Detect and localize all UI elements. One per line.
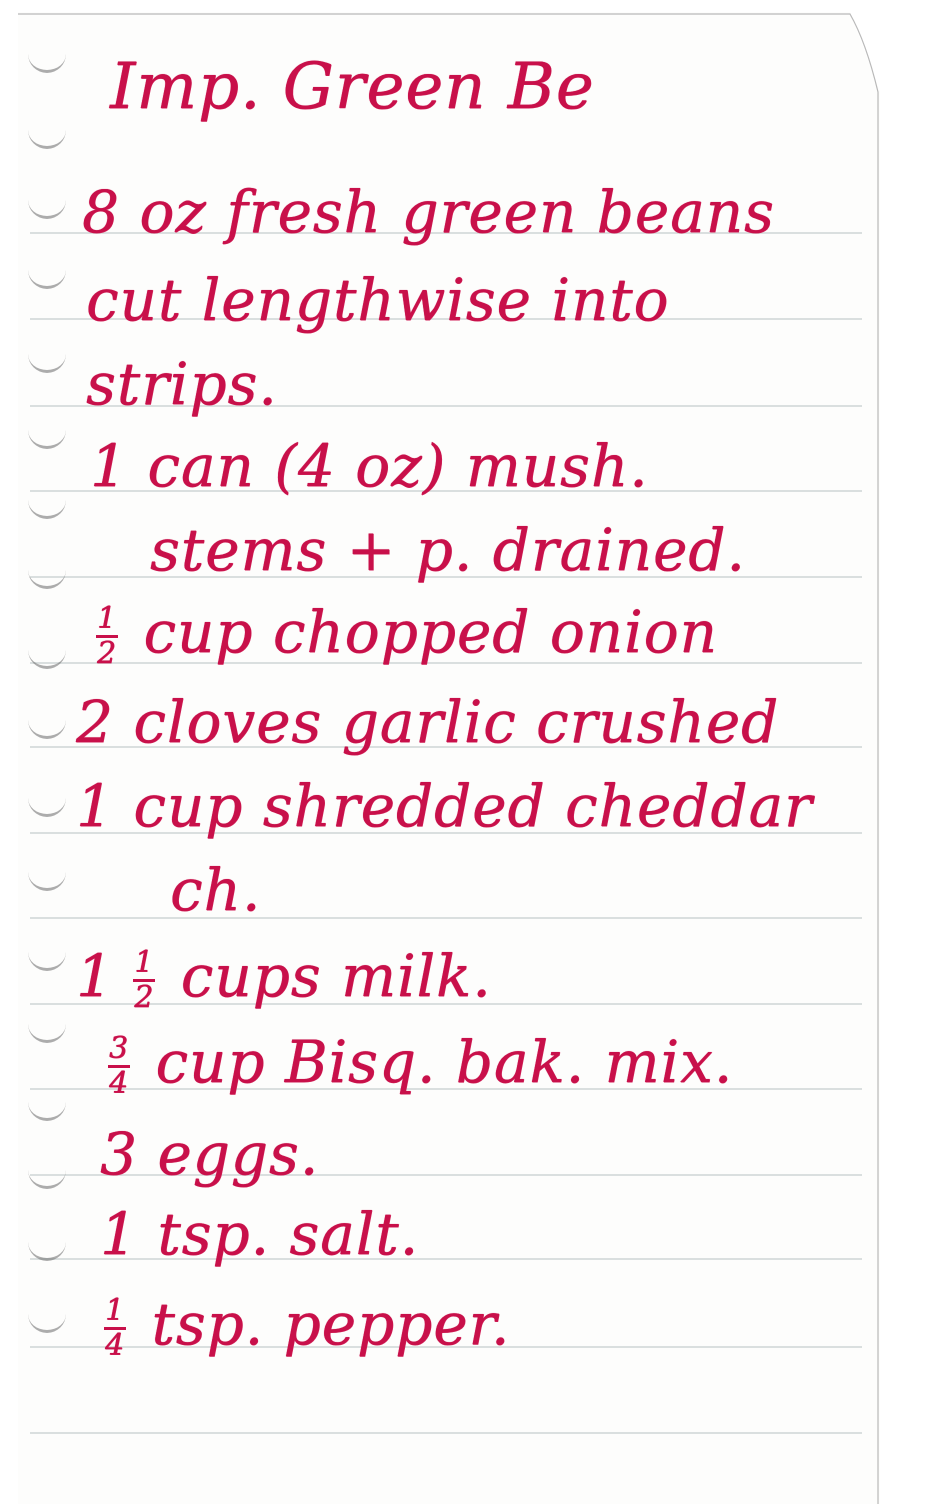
ingredient-text: cloves garlic crushed — [133, 688, 779, 756]
ruled-line — [30, 1432, 862, 1434]
ingredient-line: 1 cup shredded cheddar — [76, 772, 813, 840]
ingredient-line: 1 can (4 oz) mush. — [90, 432, 649, 500]
ingredient-text: cut lengthwise into — [86, 266, 669, 334]
ingredient-qty: 8 oz — [82, 178, 207, 246]
ingredient-qty: 1 — [100, 1200, 138, 1268]
ingredient-text: cups milk. — [181, 942, 492, 1010]
ingredient-text: tsp. pepper. — [151, 1290, 510, 1358]
ingredient-qty-whole: 1 — [76, 942, 114, 1010]
ingredient-text: eggs. — [157, 1120, 319, 1188]
fraction: 1 4 — [104, 1297, 126, 1360]
ingredient-line: ch. — [170, 856, 261, 924]
ingredient-line: 1 4 tsp. pepper. — [104, 1290, 510, 1360]
ingredient-line: cut lengthwise into — [86, 266, 669, 334]
ingredient-line: 1 tsp. salt. — [100, 1200, 419, 1268]
ingredient-text: strips. — [86, 350, 278, 418]
ingredient-line: 3 4 cup Bisq. bak. mix. — [108, 1028, 733, 1098]
fraction: 1 2 — [133, 949, 155, 1012]
fraction: 1 2 — [96, 605, 118, 668]
ruled-line — [30, 917, 862, 919]
ingredient-text: ch. — [170, 856, 261, 924]
ingredient-qty: 1 — [90, 432, 128, 500]
ingredient-line: 8 oz fresh green beans — [82, 178, 775, 246]
ingredient-line: 1 2 cup chopped onion — [96, 598, 718, 668]
ingredient-text: fresh green beans — [226, 178, 775, 246]
ingredient-line: strips. — [86, 350, 278, 418]
ingredient-text: cup Bisq. bak. mix. — [155, 1028, 733, 1096]
ingredient-text: cup shredded cheddar — [133, 772, 812, 840]
ingredient-text: can (4 oz) mush. — [147, 432, 648, 500]
ingredient-line: stems + p. drained. — [150, 516, 746, 584]
ingredient-text: cup chopped onion — [143, 598, 717, 666]
recipe-title: Imp. Green Be — [110, 50, 595, 124]
ingredient-qty: 1 — [76, 772, 114, 840]
ingredient-qty: 3 — [100, 1120, 138, 1188]
ingredient-text: tsp. salt. — [157, 1200, 419, 1268]
ingredient-line: 3 eggs. — [100, 1120, 319, 1188]
ingredient-line: 2 cloves garlic crushed — [76, 688, 779, 756]
fraction: 3 4 — [108, 1035, 130, 1098]
ingredient-line: 1 1 2 cups milk. — [76, 942, 492, 1012]
ingredient-qty: 2 — [76, 688, 114, 756]
ingredient-text: stems + p. drained. — [150, 516, 746, 584]
